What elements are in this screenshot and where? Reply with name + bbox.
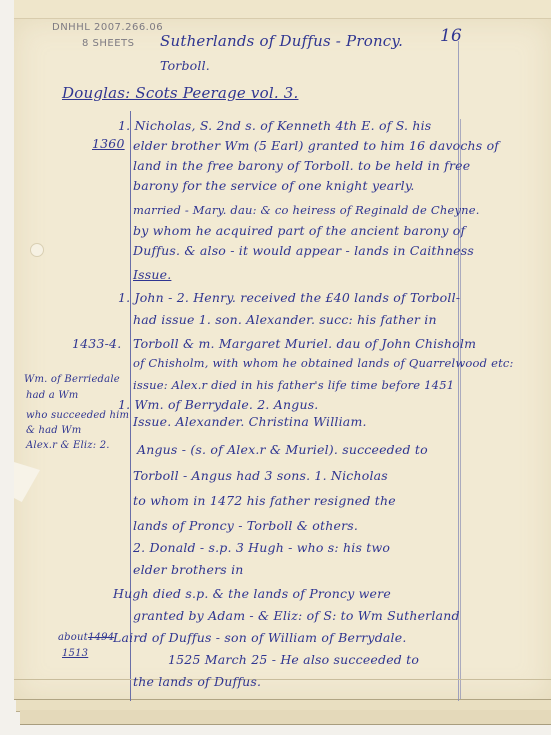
entry-line: Laird of Duffus - son of William of Berr…: [113, 630, 407, 645]
page-title: Sutherlands of Duffus - Proncy.: [160, 32, 403, 50]
entry-line: Torboll & m. Margaret Muriel. dau of Joh…: [133, 336, 476, 351]
margin-note-struck-year: 1494: [88, 632, 114, 643]
page-subtitle: Torboll.: [160, 58, 210, 73]
accession-number: DNHHL 2007.266.06: [52, 22, 163, 33]
issue-label: Issue.: [133, 267, 171, 282]
entry-line: to whom in 1472 his father resigned the: [133, 493, 396, 508]
margin-note-year: 1513: [62, 648, 88, 659]
entry-line: of Chisholm, with whom he obtained lands…: [133, 356, 514, 370]
entry-line: 2. Donald - s.p. 3 Hugh - who s: his two: [133, 540, 390, 555]
margin-year: 1433-4.: [72, 336, 121, 351]
margin-note: Wm. of Berriedale: [24, 374, 120, 385]
entry-line: 1. Wm. of Berrydale. 2. Angus.: [118, 397, 318, 412]
margin-note-about: about: [58, 632, 88, 643]
margin-note: Alex.r & Eliz: 2.: [26, 440, 110, 451]
entry-line: had issue 1. son. Alexander. succ: his f…: [133, 312, 437, 327]
entry-line: the lands of Duffus.: [133, 674, 261, 689]
margin-note: & had Wm: [26, 425, 81, 436]
source-citation: Douglas: Scots Peerage vol. 3.: [62, 84, 298, 102]
page-number: 16: [440, 26, 462, 46]
entry-line: issue: Alex.r died in his father's life …: [133, 378, 454, 392]
entry-line: land in the free barony of Torboll. to b…: [133, 158, 470, 173]
entry-line: 1. John - 2. Henry. received the £40 lan…: [118, 290, 460, 305]
sheet-count: 8 SHEETS: [82, 38, 135, 49]
page-bottom-edge: [14, 679, 551, 680]
entry-line: by whom he acquired part of the ancient …: [133, 223, 465, 238]
entry-line: 1525 March 25 - He also succeeded to: [168, 652, 419, 667]
entry-line: Angus - (s. of Alex.r & Muriel). succeed…: [137, 442, 428, 457]
entry-line: Issue. Alexander. Christina William.: [133, 414, 367, 429]
entry-line: married - Mary. dau: & co heiress of Reg…: [133, 203, 480, 217]
entry-line: elder brother Wm (5 Earl) granted to him…: [133, 138, 499, 153]
entry-line: Duffus. & also - it would appear - lands…: [133, 243, 474, 258]
entry-line: elder brothers in: [133, 562, 244, 577]
margin-year: 1360: [92, 136, 125, 151]
margin-note: had a Wm: [26, 390, 78, 401]
entry-line: 1. Nicholas, S. 2nd s. of Kenneth 4th E.…: [118, 118, 431, 133]
punch-hole: [30, 243, 44, 257]
entry-line: Hugh died s.p. & the lands of Proncy wer…: [113, 586, 391, 601]
entry-line: Torboll - Angus had 3 sons. 1. Nicholas: [133, 468, 388, 483]
underlying-sheet-bottom-2: [20, 710, 551, 725]
entry-line: barony for the service of one knight yea…: [133, 178, 415, 193]
entry-line: granted by Adam - & Eliz: of S: to Wm Su…: [133, 608, 460, 623]
entry-line: lands of Proncy - Torboll & others.: [133, 518, 358, 533]
margin-note: who succeeded him: [26, 410, 129, 421]
